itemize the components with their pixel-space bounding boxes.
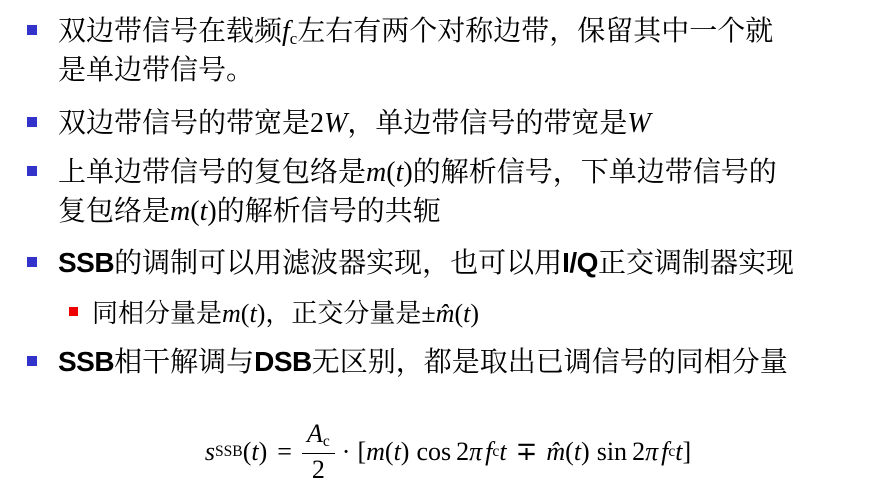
math-number: 2: [310, 108, 324, 139]
math-subscript-ssb: SSB: [215, 443, 243, 461]
bullet-square-icon: [27, 117, 37, 127]
bullet-text: 双边带信号在载频fc左右有两个对称边带，保留其中一个就: [58, 13, 773, 50]
math-subscript-c: c: [492, 443, 499, 461]
cos-function: cos: [416, 437, 451, 467]
math-subscript-c: c: [323, 433, 330, 450]
fraction: Ac 2: [302, 419, 335, 485]
math-plusminus: ±: [421, 299, 435, 328]
text-segment: 的解析信号，下单边带信号的: [413, 155, 777, 188]
math-paren: ): [403, 157, 412, 188]
multiplication-dot: ·: [342, 437, 351, 467]
math-var-mhat: m̂: [436, 299, 455, 328]
math-var-A: A: [307, 419, 323, 448]
sub-bullet-text: 同相分量是m(t)，正交分量是±m̂(t): [92, 298, 479, 331]
math-var-f: f: [485, 437, 492, 467]
text-segment: 无区别，都是取出已调信号的同相分量: [312, 345, 788, 378]
math-var-m: m: [222, 299, 241, 328]
text-segment: 上单边带信号的复包络是: [58, 155, 366, 188]
math-var-t: t: [574, 437, 581, 467]
math-var-W: W: [627, 108, 650, 139]
bullet-text: 双边带信号的带宽是2W，单边带信号的带宽是W: [58, 105, 651, 141]
slide: 双边带信号在载频fc左右有两个对称边带，保留其中一个就 是单边带信号。 双边带信…: [0, 0, 896, 489]
formula-ssb: s SSB ( t ) = Ac 2 · [ m ( t ) cos 2 π f…: [0, 419, 896, 485]
math-paren: ): [207, 196, 216, 227]
math-var-W: W: [324, 108, 347, 139]
math-var-fc: f: [282, 16, 290, 47]
math-bracket: [: [357, 437, 366, 467]
text-segment: 双边带信号在载频: [58, 14, 282, 47]
sin-function: sin: [597, 437, 627, 467]
bullet-item-2: 双边带信号的带宽是2W，单边带信号的带宽是W: [27, 105, 651, 141]
bullet-square-icon: [27, 257, 37, 267]
math-var-m: m: [170, 196, 190, 227]
bullet-item-3-line-2: 复包络是m(t)的解析信号的共轭: [58, 193, 441, 229]
math-paren: ): [401, 437, 410, 467]
text-segment: 复包络是: [58, 194, 170, 227]
bullet-square-icon: [27, 166, 37, 176]
math-var-pi: π: [645, 437, 658, 467]
math-number: 2: [456, 437, 469, 467]
text-segment: ，单边带信号的带宽是: [347, 106, 627, 139]
bullet-item-1-line-2: 是单边带信号。: [58, 52, 254, 88]
bullet-item-1: 双边带信号在载频fc左右有两个对称边带，保留其中一个就: [27, 13, 773, 50]
sub-bullet-square-icon: [69, 307, 78, 316]
text-segment: 是单边带信号。: [58, 53, 254, 86]
acronym-ssb: SSB: [58, 346, 114, 377]
math-subscript-c: c: [668, 443, 675, 461]
math-number: 2: [632, 437, 645, 467]
sub-bullet-item: 同相分量是m(t)，正交分量是±m̂(t): [69, 298, 479, 331]
bullet-square-icon: [27, 25, 37, 35]
math-var-m: m: [366, 157, 386, 188]
text-segment: ，正交分量是: [265, 299, 421, 329]
math-paren: (: [565, 437, 574, 467]
math-paren: ): [581, 437, 590, 467]
math-bracket: ]: [682, 437, 691, 467]
acronym-ssb: SSB: [58, 247, 114, 278]
bullet-square-icon: [27, 356, 37, 366]
math-var-t: t: [499, 437, 506, 467]
math-var-mhat: m̂: [546, 437, 565, 467]
math-paren: (: [190, 196, 199, 227]
acronym-iq: I/Q: [562, 247, 598, 278]
bullet-text: 上单边带信号的复包络是m(t)的解析信号，下单边带信号的: [58, 154, 777, 190]
math-var-m: m: [366, 437, 385, 467]
math-paren: (: [243, 437, 252, 467]
fraction-denominator: 2: [312, 454, 325, 485]
text-segment: 双边带信号的带宽是: [58, 106, 310, 139]
bullet-text: SSB的调制可以用滤波器实现，也可以用I/Q正交调制器实现: [58, 245, 794, 281]
math-paren: (: [454, 299, 463, 328]
math-var-f: f: [661, 437, 668, 467]
bullet-item-3: 上单边带信号的复包络是m(t)的解析信号，下单边带信号的: [27, 154, 777, 190]
minus-plus-sign: ∓: [516, 437, 538, 467]
math-var-pi: π: [469, 437, 482, 467]
text-segment: 的解析信号的共轭: [217, 194, 441, 227]
equals-sign: =: [277, 437, 292, 467]
math-var-t: t: [251, 437, 258, 467]
text-segment: 相干解调与: [114, 345, 254, 378]
acronym-dsb: DSB: [254, 346, 312, 377]
math-var-s: s: [205, 437, 215, 467]
math-paren: ): [470, 299, 479, 328]
math-var-t: t: [675, 437, 682, 467]
math-paren: (: [386, 157, 395, 188]
bullet-item-4: SSB的调制可以用滤波器实现，也可以用I/Q正交调制器实现: [27, 245, 794, 281]
math-paren: (: [385, 437, 394, 467]
math-paren: ): [259, 437, 268, 467]
bullet-text: 复包络是m(t)的解析信号的共轭: [58, 193, 441, 229]
math-var-t: t: [249, 299, 256, 328]
text-segment: 左右有两个对称边带，保留其中一个就: [297, 14, 773, 47]
text-segment: 的调制可以用滤波器实现，也可以用: [114, 246, 562, 279]
bullet-text: 是单边带信号。: [58, 52, 254, 88]
bullet-text: SSB相干解调与DSB无区别，都是取出已调信号的同相分量: [58, 344, 788, 380]
fraction-numerator: Ac: [302, 419, 335, 454]
text-segment: 同相分量是: [92, 299, 222, 329]
bullet-item-5: SSB相干解调与DSB无区别，都是取出已调信号的同相分量: [27, 344, 788, 380]
math-var-t: t: [394, 437, 401, 467]
text-segment: 正交调制器实现: [598, 246, 794, 279]
